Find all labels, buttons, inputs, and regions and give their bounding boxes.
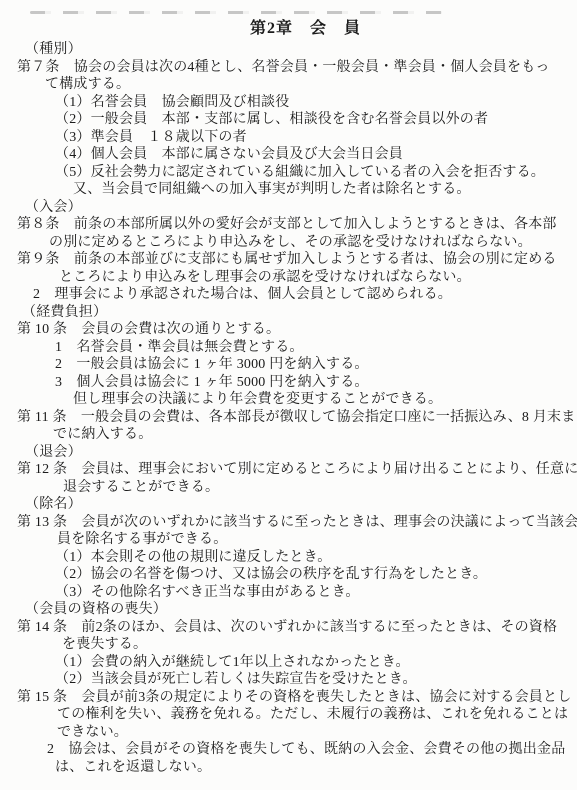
text-line: （2）協会の名誉を傷つけ、又は協会の秩序を乱す行為をしたとき。 xyxy=(0,566,577,584)
text-line: （3）その他除名すべき正当な事由があるとき。 xyxy=(0,584,577,602)
chapter-title: 第2章 会 員 xyxy=(17,0,577,38)
text-line: （経費負担） xyxy=(0,304,577,322)
text-line: （2）一般会員 本部・支部に属し、相談役を含む名誉会員以外の者 xyxy=(0,111,577,129)
text-line: （1）本会則その他の規則に違反したとき。 xyxy=(0,549,577,567)
text-line: （1）名誉会員 協会顧問及び相談役 xyxy=(0,94,577,112)
text-line: は、これを返還しない。 xyxy=(0,759,577,777)
text-line: （入会） xyxy=(0,199,577,217)
text-line: の別に定めるところにより申込みをし、その承認を受けなければならない。 xyxy=(0,234,577,252)
text-line: 第９条 前条の本部並びに支部にも属せず加入しようとする者は、協会の別に定める xyxy=(0,251,577,269)
text-line: 第 15 条 会員が前3条の規定によりその資格を喪失したときは、協会に対する会員… xyxy=(0,689,577,707)
text-line: 2 一般会員は協会に 1 ヶ年 3000 円を納入する。 xyxy=(0,356,577,374)
text-line: 又、当会員で同組織への加入事実が判明した者は除名とする。 xyxy=(0,181,577,199)
text-line: できない。 xyxy=(0,724,577,742)
text-line: 第８条 前条の本部所属以外の愛好会が支部として加入しようとするときは、各本部 xyxy=(0,216,577,234)
document-body: （種別）第７条 協会の会員は次の4種とし、名誉会員・一般会員・準会員・個人会員を… xyxy=(0,41,577,776)
text-line: ての権利を失い、義務を免れる。ただし、未履行の義務は、これを免れることは xyxy=(0,706,577,724)
text-line: 第７条 協会の会員は次の4種とし、名誉会員・一般会員・準会員・個人会員をもっ xyxy=(0,59,577,77)
text-line: （会員の資格の喪失） xyxy=(0,601,577,619)
text-line: （5）反社会勢力に認定されている組織に加入している者の入会を拒否する。 xyxy=(0,164,577,182)
text-line: 1 名誉会員・準会員は無会費とする。 xyxy=(0,339,577,357)
text-line: 第 13 条 会員が次のいずれかに該当するに至ったときは、理事会の決議によって当… xyxy=(0,514,577,532)
text-line: 3 個人会員は協会に 1 ヶ年 5000 円を納入する。 xyxy=(0,374,577,392)
text-line: て構成する。 xyxy=(0,76,577,94)
text-line: でに納入する。 xyxy=(0,426,577,444)
text-line: 2 協会は、会員がその資格を喪失しても、既納の入会金、会費その他の拠出金品 xyxy=(0,741,577,759)
text-line: （種別） xyxy=(0,41,577,59)
text-line: （1）会費の納入が継続して1年以上されなかったとき。 xyxy=(0,654,577,672)
text-line: 員を除名する事ができる。 xyxy=(0,531,577,549)
text-line: 第 11 条 一般会員の会費は、各本部長が徴収して協会指定口座に一括振込み、8 … xyxy=(0,409,577,427)
text-line: （3）準会員 １８歳以下の者 xyxy=(0,129,577,147)
text-line: （除名） xyxy=(0,496,577,514)
text-line: を喪失する。 xyxy=(0,636,577,654)
text-line: 2 理事会により承認された場合は、個人会員として認められる。 xyxy=(0,286,577,304)
text-line: 退会することができる。 xyxy=(0,479,577,497)
text-line: （4）個人会員 本部に属さない会員及び大会当日会員 xyxy=(0,146,577,164)
text-line: ところにより申込みをし理事会の承認を受けなければならない。 xyxy=(0,269,577,287)
text-line: （2）当該会員が死亡し若しくは失踪宣告を受けたとき。 xyxy=(0,671,577,689)
text-line: （退会） xyxy=(0,444,577,462)
text-line: 第 10 条 会員の会費は次の通りとする。 xyxy=(0,321,577,339)
text-line: 第 12 条 会員は、理事会において別に定めるところにより届け出ることにより、任… xyxy=(0,461,577,479)
text-line: 但し理事会の決議により年会費を変更することができる。 xyxy=(0,391,577,409)
text-line: 第 14 条 前2条のほか、会員は、次のいずれかに該当するに至ったときは、その資… xyxy=(0,619,577,637)
document-page: 第2章 会 員 （種別）第７条 協会の会員は次の4種とし、名誉会員・一般会員・準… xyxy=(0,0,577,790)
